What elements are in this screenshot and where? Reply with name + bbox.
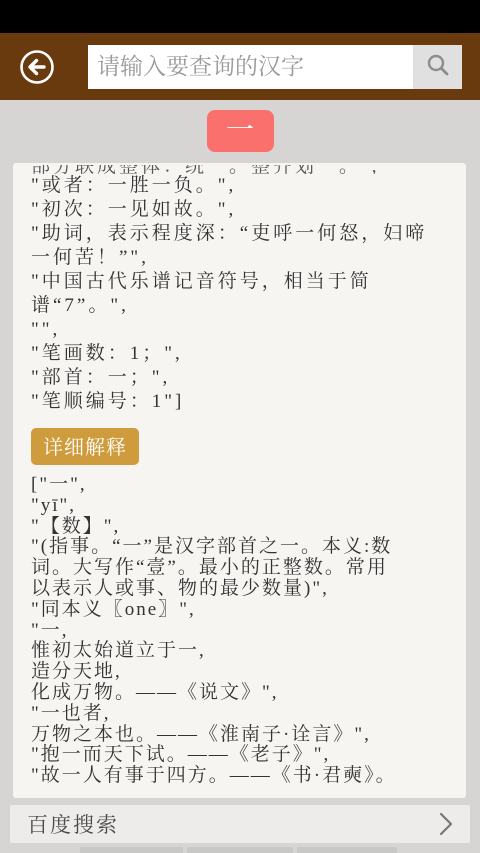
search-input[interactable] [88,45,413,89]
search-icon [425,52,451,81]
basic-definition-lines: "或者：一胜一负。","初次：一见如故。","助词，表示程度深：“吏呼一何怒，妇… [31,174,450,414]
text-line: 万物之本也。——《淮南子·诠言》", [31,725,450,746]
chevron-right-icon [438,811,454,837]
entry-card: 部分联成整体：统一。整齐划一。", "或者：一胜一负。","初次：一见如故。",… [13,163,466,798]
peek-button-segment [297,847,397,853]
app-header [0,33,480,100]
back-button[interactable] [17,47,57,87]
text-line: "中国古代乐谱记音符号，相当于简 [31,270,450,294]
text-line: "故一人有事于四方。——《书·君奭》。 [31,766,450,787]
search-button[interactable] [413,45,462,89]
text-line: 化成万物。——《说文》", [31,683,450,704]
text-line: "(指事。“一”是汉字部首之一。本义:数 [31,537,450,558]
text-line: "一, [31,621,450,642]
text-line: "笔顺编号：1"] [31,390,450,414]
baidu-search-label: 百度搜索 [27,809,119,839]
text-line: "部首：一；", [31,366,450,390]
next-row-peek [0,847,480,853]
text-line: 以表示人或事、物的最少数量)", [31,579,450,600]
text-line: 一何苦！”", [31,246,450,270]
text-line: "一也者, [31,704,450,725]
text-line: "yī", [31,496,450,517]
baidu-search-bar[interactable]: 百度搜索 [10,805,470,843]
detail-definition-lines: ["一","yī","【数】","(指事。“一”是汉字部首之一。本义:数词。大写… [31,475,450,787]
text-line: "【数】", [31,517,450,538]
status-bar [0,0,480,33]
app-screen: 一 部分联成整体：统一。整齐划一。", "或者：一胜一负。","初次：一见如故。… [0,0,480,853]
text-line: 谱“7”。", [31,294,450,318]
text-line: "或者：一胜一负。", [31,174,450,198]
peek-button-segment [187,847,293,853]
text-line: "助词，表示程度深：“吏呼一何怒，妇啼 [31,222,450,246]
search-bar [88,45,462,89]
text-line: 惟初太始道立于一, [31,641,450,662]
text-line: ["一", [31,475,450,496]
arrow-left-circle-icon [17,47,57,87]
text-line: "笔画数：1；", [31,342,450,366]
text-line: "初次：一见如故。", [31,198,450,222]
text-line: "", [31,318,450,342]
clipped-text-line: 部分联成整体：统一。整齐划一。", [31,165,450,174]
text-line: 词。大写作“壹”。最小的正整数。常用 [31,558,450,579]
text-line: "抱一而天下试。——《老子》", [31,745,450,766]
detail-badge: 详细解释 [31,428,139,465]
peek-button-segment [80,847,183,853]
hanzi-button[interactable]: 一 [207,110,274,152]
text-line: "同本义〖one〗", [31,600,450,621]
text-line: 造分天地, [31,662,450,683]
